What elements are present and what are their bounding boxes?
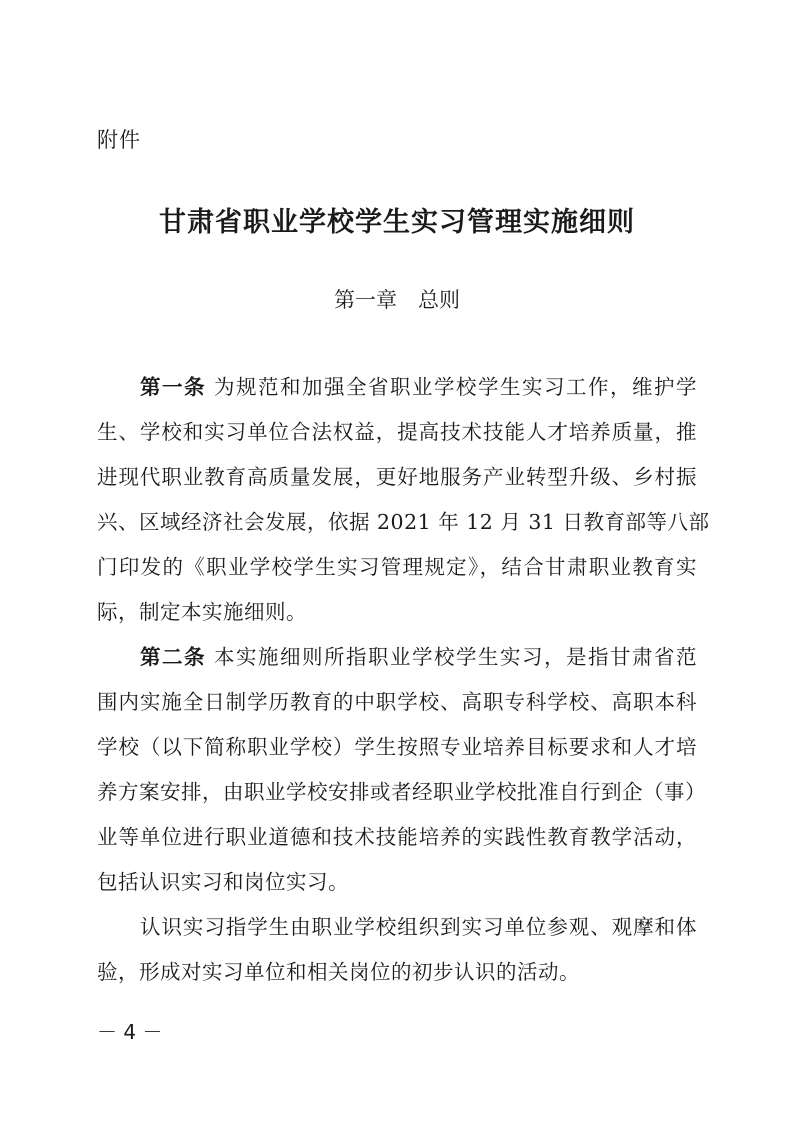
article-label: 第二条: [140, 645, 206, 669]
article-1-line-3: 进现代职业教育高质量发展，更好地服务产业转型升级、乡村振: [97, 460, 697, 490]
article-2-line-3: 学校（以下简称职业学校）学生按照专业培养目标要求和人才培: [97, 730, 697, 760]
paragraph-3-line-1: 认识实习指学生由职业学校组织到实习单位参观、观摩和体: [140, 910, 697, 940]
article-1-line-1: 第一条 为规范和加强全省职业学校学生实习工作，维护学: [140, 370, 697, 400]
article-2-line-6: 包括认识实习和岗位实习。: [97, 865, 697, 895]
page-number: － 4 －: [97, 1016, 162, 1045]
article-2-line-4: 养方案安排，由职业学校安排或者经职业学校批准自行到企（事）: [97, 775, 697, 805]
article-1-line-2: 生、学校和实习单位合法权益，提高技术技能人才培养质量，推: [97, 415, 697, 445]
chapter-heading: 第一章 总则: [0, 284, 794, 314]
article-1-line-5: 门印发的《职业学校学生实习管理规定》，结合甘肃职业教育实: [97, 550, 697, 580]
article-2-line-5: 业等单位进行职业道德和技术技能培养的实践性教育教学活动，: [97, 820, 697, 850]
attachment-label: 附件: [97, 124, 141, 154]
article-1-line-6: 际，制定本实施细则。: [97, 595, 697, 625]
article-2-line-1: 第二条 本实施细则所指职业学校学生实习，是指甘肃省范: [140, 640, 697, 670]
article-label: 第一条: [140, 375, 206, 399]
article-1-line-4: 兴、区域经济社会发展，依据 2021 年 12 月 31 日教育部等八部: [97, 505, 697, 535]
article-2-line-2: 围内实施全日制学历教育的中职学校、高职专科学校、高职本科: [97, 685, 697, 715]
document-title: 甘肃省职业学校学生实习管理实施细则: [0, 200, 794, 239]
paragraph-3-line-2: 验，形成对实习单位和相关岗位的初步认识的活动。: [97, 955, 697, 985]
